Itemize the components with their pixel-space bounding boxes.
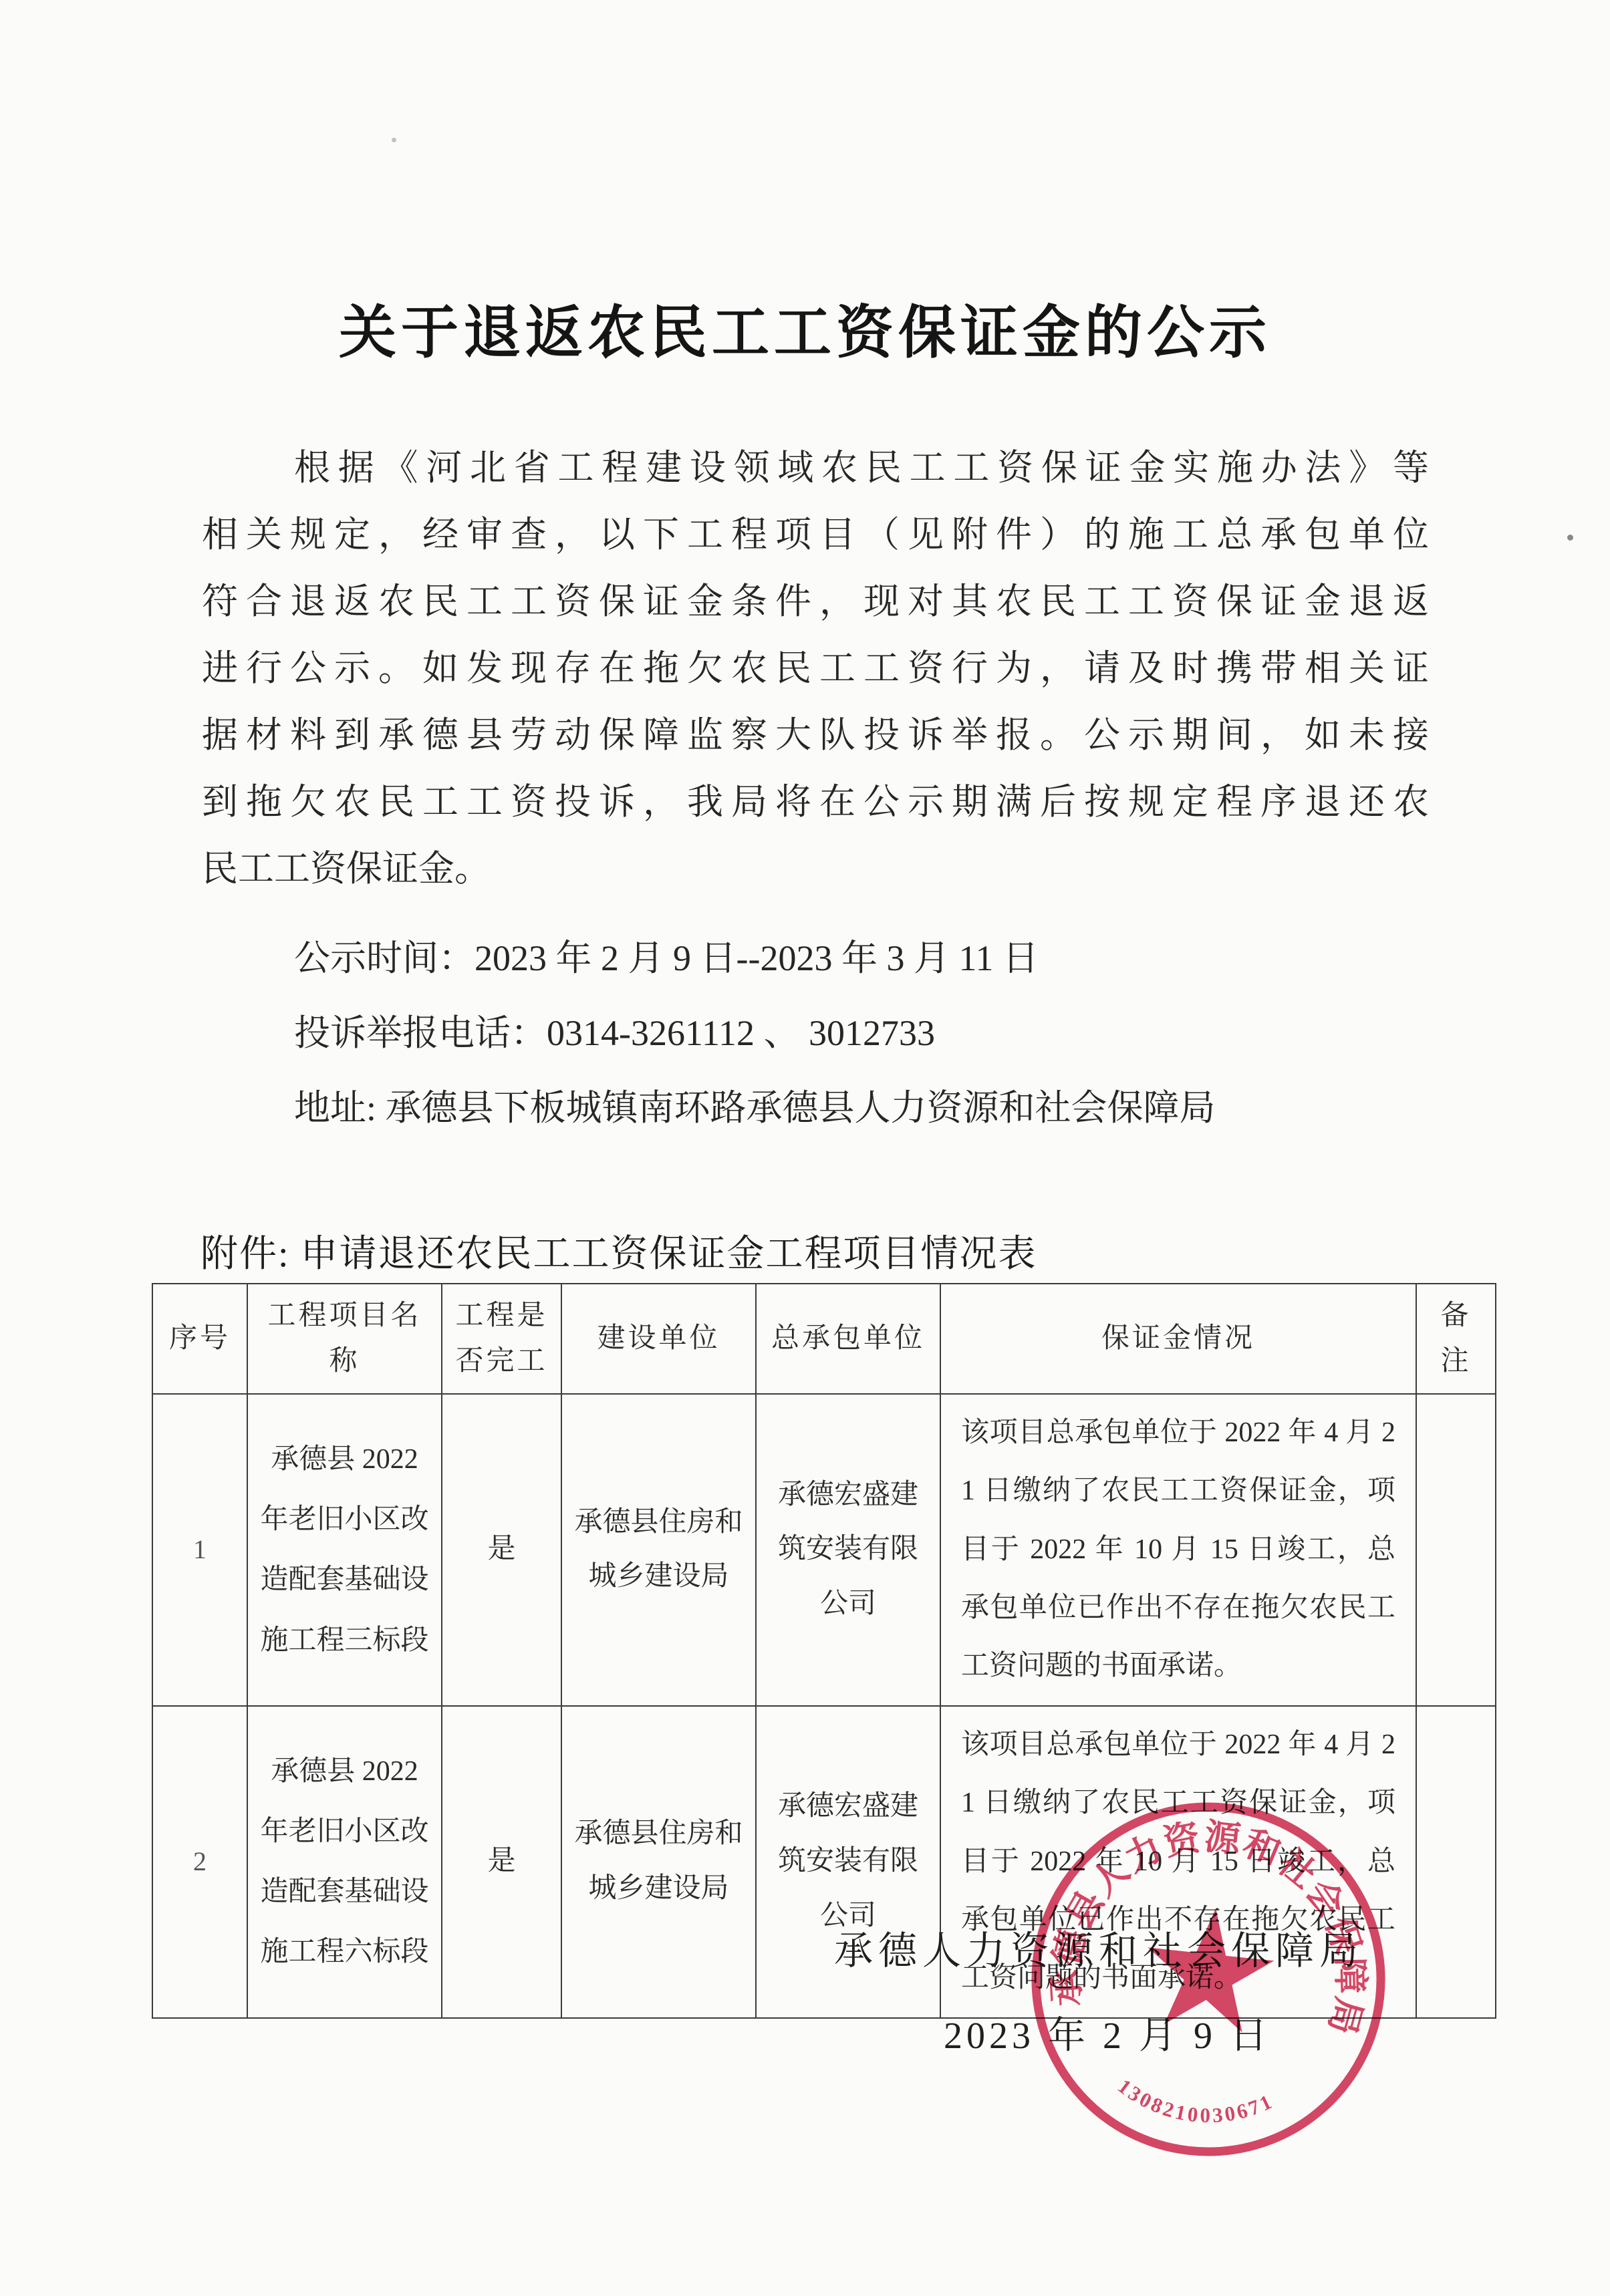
header-cell-contractor: 总承包单位 <box>756 1284 940 1394</box>
publicity-period-line: 公示时间：2023 年 2 月 9 日--2023 年 3 月 11 日 <box>202 921 1472 996</box>
table-row: 1 承德县 2022 年老旧小区改造配套基础设施工程三标段 是 承德县住房和城乡… <box>152 1394 1496 1706</box>
body-line: 据材料到承德县劳动保障监察大队投诉举报。公示期间，如未接 <box>202 702 1429 768</box>
builder-cell: 承德县住房和城乡建设局 <box>561 1706 756 2018</box>
document-page: { "document": { "title": "关于退返农民工工资保证金的公… <box>0 0 1610 2296</box>
official-seal: 承德县人力资源和社会保障局 1308210030671 <box>1009 1779 1408 2179</box>
scan-speck <box>1567 535 1573 541</box>
body-line: 到拖欠农民工工资投诉，我局将在公示期满后按规定程序退还农 <box>202 768 1429 835</box>
body-line: 符合退返农民工工资保证金条件，现对其农民工工资保证金退返 <box>202 568 1429 635</box>
header-cell-deposit: 保证金情况 <box>940 1284 1416 1394</box>
completed-cell: 是 <box>442 1706 561 2018</box>
body-line: 根据《河北省工程建设领域农民工工资保证金实施办法》等 <box>202 434 1429 501</box>
header-cell-completed: 工程是否完工 <box>442 1284 561 1394</box>
header-cell-project: 工程项目名称 <box>247 1284 442 1394</box>
body-line: 进行公示。如发现存在拖欠农民工工资行为，请及时携带相关证 <box>202 635 1429 702</box>
deposit-status-cell: 该项目总承包单位于 2022 年 4 月 21 日缴纳了农民工工资保证金，项目于… <box>940 1394 1416 1706</box>
scan-speck <box>392 138 396 142</box>
address-line: 地址: 承德县下板城镇南环路承德县人力资源和社会保障局 <box>202 1070 1472 1145</box>
remark-cell <box>1416 1394 1496 1706</box>
seal-star-icon <box>1140 1902 1279 2035</box>
contractor-cell: 承德宏盛建筑安装有限公司 <box>756 1394 940 1706</box>
header-cell-builder: 建设单位 <box>561 1284 756 1394</box>
seal-serial-number: 1308210030671 <box>1111 2073 1279 2135</box>
attachment-heading: 附件: 申请退还农民工工资保证金工程项目情况表 <box>200 1224 1037 1278</box>
project-name-cell: 承德县 2022 年老旧小区改造配套基础设施工程六标段 <box>247 1706 442 2018</box>
project-name-cell: 承德县 2022 年老旧小区改造配套基础设施工程三标段 <box>247 1394 442 1706</box>
remark-cell <box>1416 1706 1496 2018</box>
notice-body: 根据《河北省工程建设领域农民工工资保证金实施办法》等 相关规定，经审查，以下工程… <box>202 434 1429 902</box>
builder-cell: 承德县住房和城乡建设局 <box>561 1394 756 1706</box>
complaint-phone-line: 投诉举报电话：0314-3261112 、 3012733 <box>202 996 1472 1070</box>
row-number-cell: 1 <box>152 1394 247 1706</box>
row-number-cell: 2 <box>152 1706 247 2018</box>
body-line: 相关规定，经审查，以下工程项目（见附件）的施工总承包单位 <box>202 501 1429 568</box>
notice-info: 公示时间：2023 年 2 月 9 日--2023 年 3 月 11 日 投诉举… <box>202 921 1472 1145</box>
header-cell-note: 备注 <box>1416 1284 1496 1394</box>
header-cell-seq: 序号 <box>152 1284 247 1394</box>
table-header-row: 序号 工程项目名称 工程是否完工 建设单位 总承包单位 保证金情况 备注 <box>152 1284 1496 1394</box>
completed-cell: 是 <box>442 1394 561 1706</box>
document-title: 关于退返农民工工资保证金的公示 <box>0 286 1610 369</box>
body-line: 民工工资保证金。 <box>202 835 1429 902</box>
